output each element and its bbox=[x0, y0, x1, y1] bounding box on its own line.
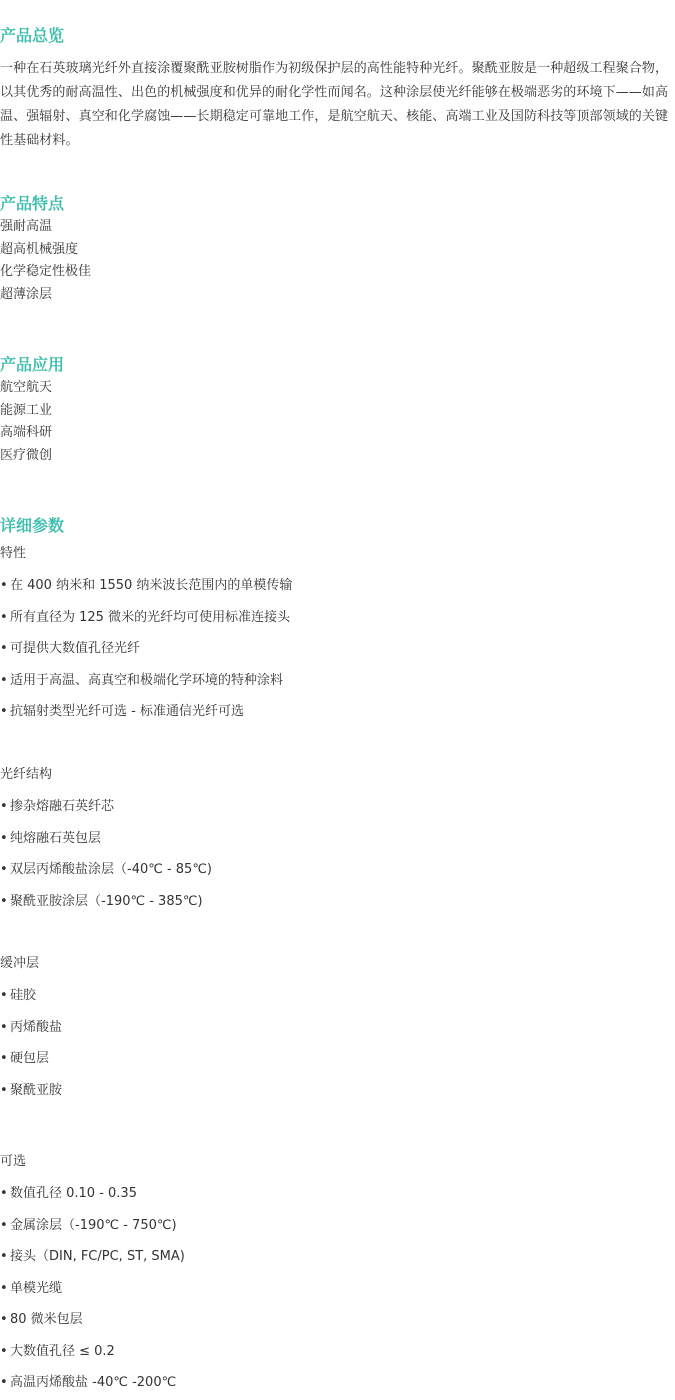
overview-title: 产品总览 bbox=[0, 25, 64, 47]
detail-item: •丙烯酸盐 bbox=[0, 1018, 62, 1050]
bullet-icon: • bbox=[0, 1081, 10, 1101]
detail-item: •数值孔径 0.10 - 0.35 bbox=[0, 1184, 185, 1216]
bullet-icon: • bbox=[0, 576, 10, 596]
detail-item: •纯熔融石英包层 bbox=[0, 829, 212, 861]
bullet-icon: • bbox=[0, 797, 10, 817]
detail-item: •金属涂层（-190℃ - 750℃) bbox=[0, 1216, 185, 1248]
bullet-icon: • bbox=[0, 860, 10, 880]
details-group-list: •在 400 纳米和 1550 纳米波长范围内的单模传输 •所有直径为 125 … bbox=[0, 576, 292, 734]
bullet-icon: • bbox=[0, 829, 10, 849]
detail-item: •单模光缆 bbox=[0, 1279, 185, 1311]
detail-item: •在 400 纳米和 1550 纳米波长范围内的单模传输 bbox=[0, 576, 292, 608]
details-title: 详细参数 bbox=[0, 515, 64, 537]
detail-item: •硬包层 bbox=[0, 1049, 62, 1081]
application-item: 航空航天 bbox=[0, 377, 52, 400]
details-group-list: •硅胶 •丙烯酸盐 •硬包层 •聚酰亚胺 bbox=[0, 986, 62, 1112]
bullet-icon: • bbox=[0, 608, 10, 628]
features-title: 产品特点 bbox=[0, 193, 64, 215]
detail-item: •接头（DIN, FC/PC, ST, SMA) bbox=[0, 1247, 185, 1279]
detail-item: •硅胶 bbox=[0, 986, 62, 1018]
bullet-icon: • bbox=[0, 1310, 10, 1330]
detail-item: •聚酰亚胺涂层（-190℃ - 385℃) bbox=[0, 892, 212, 924]
detail-item: •聚酰亚胺 bbox=[0, 1081, 62, 1113]
applications-list: 航空航天 能源工业 高端科研 医疗微创 bbox=[0, 377, 52, 468]
application-item: 能源工业 bbox=[0, 400, 52, 423]
application-item: 医疗微创 bbox=[0, 445, 52, 468]
feature-item: 超高机械强度 bbox=[0, 239, 91, 262]
bullet-icon: • bbox=[0, 1373, 10, 1393]
features-list: 强耐高温 超高机械强度 化学稳定性极佳 超薄涂层 bbox=[0, 216, 91, 307]
bullet-icon: • bbox=[0, 1247, 10, 1267]
details-group-title: 可选 bbox=[0, 1152, 26, 1172]
detail-item: •所有直径为 125 微米的光纤均可使用标准连接头 bbox=[0, 608, 292, 640]
detail-item: •可提供大数值孔径光纤 bbox=[0, 639, 292, 671]
details-group-title: 缓冲层 bbox=[0, 954, 39, 974]
overview-paragraph: 一种在石英玻璃光纤外直接涂覆聚酰亚胺树脂作为初级保护层的高性能特种光纤。聚酰亚胺… bbox=[0, 57, 670, 153]
bullet-icon: • bbox=[0, 1049, 10, 1069]
application-item: 高端科研 bbox=[0, 422, 52, 445]
details-group-list: •数值孔径 0.10 - 0.35 •金属涂层（-190℃ - 750℃) •接… bbox=[0, 1184, 185, 1400]
bullet-icon: • bbox=[0, 639, 10, 659]
feature-item: 强耐高温 bbox=[0, 216, 91, 239]
bullet-icon: • bbox=[0, 1184, 10, 1204]
details-group-title: 特性 bbox=[0, 544, 26, 564]
bullet-icon: • bbox=[0, 1279, 10, 1299]
feature-item: 超薄涂层 bbox=[0, 284, 91, 307]
detail-item: •大数值孔径 ≤ 0.2 bbox=[0, 1342, 185, 1374]
feature-item: 化学稳定性极佳 bbox=[0, 261, 91, 284]
bullet-icon: • bbox=[0, 892, 10, 912]
detail-item: •80 微米包层 bbox=[0, 1310, 185, 1342]
detail-item: •高温丙烯酸盐 -40℃ -200℃ bbox=[0, 1373, 185, 1400]
bullet-icon: • bbox=[0, 986, 10, 1006]
applications-title: 产品应用 bbox=[0, 354, 64, 376]
detail-item: •双层丙烯酸盐涂层（-40℃ - 85℃) bbox=[0, 860, 212, 892]
detail-item: •掺杂熔融石英纤芯 bbox=[0, 797, 212, 829]
bullet-icon: • bbox=[0, 671, 10, 691]
bullet-icon: • bbox=[0, 1216, 10, 1236]
details-group-title: 光纤结构 bbox=[0, 765, 52, 785]
bullet-icon: • bbox=[0, 1342, 10, 1362]
detail-item: •适用于高温、高真空和极端化学环境的特种涂料 bbox=[0, 671, 292, 703]
detail-item: •抗辐射类型光纤可选 - 标准通信光纤可选 bbox=[0, 702, 292, 734]
bullet-icon: • bbox=[0, 702, 10, 722]
details-group-list: •掺杂熔融石英纤芯 •纯熔融石英包层 •双层丙烯酸盐涂层（-40℃ - 85℃)… bbox=[0, 797, 212, 923]
bullet-icon: • bbox=[0, 1018, 10, 1038]
